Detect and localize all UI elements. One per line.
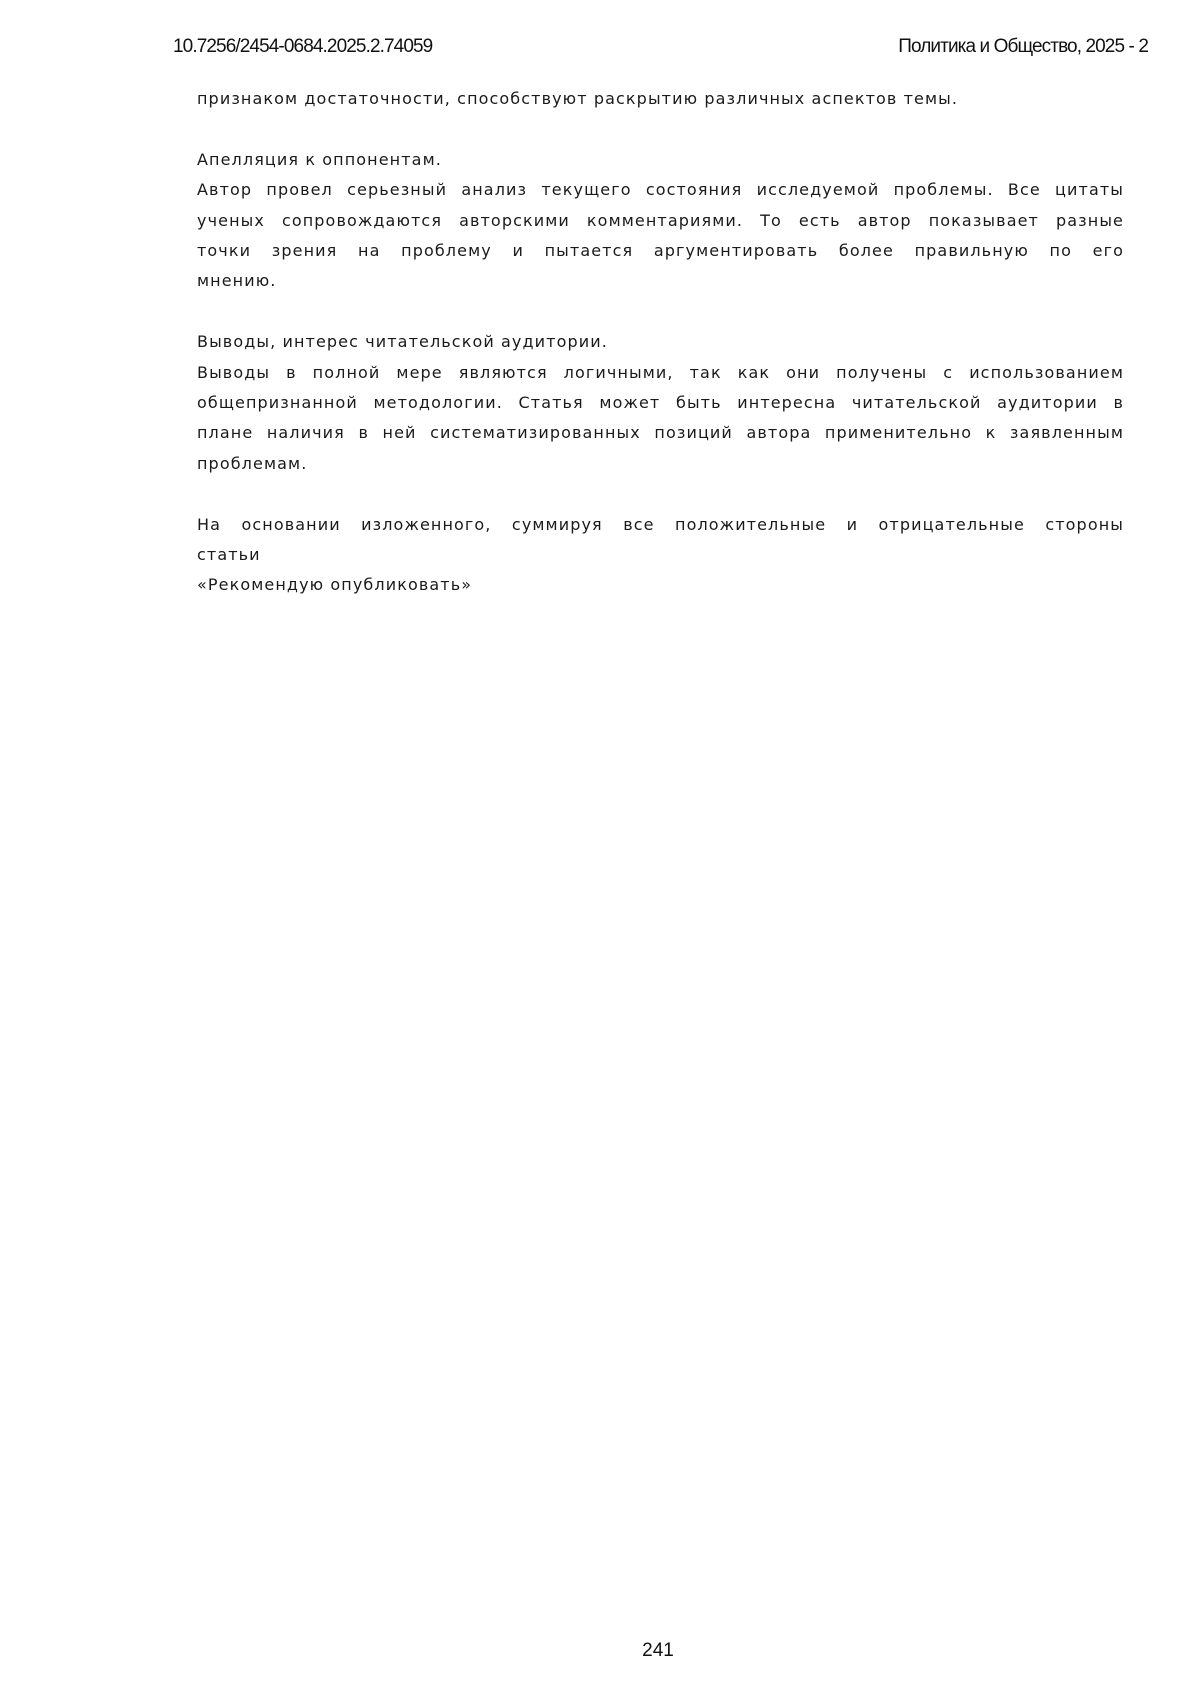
journal-header: Политика и Общество, 2025 - 2 xyxy=(898,36,1148,58)
conclusion-line: статьи xyxy=(197,540,1124,570)
continuation-line: признаком достаточности, способствуют ра… xyxy=(197,84,1124,114)
paragraph-line: общепризнанной методологии. Статья может… xyxy=(197,388,1124,418)
paragraph-line: ученых сопровождаются авторскими коммент… xyxy=(197,206,1124,236)
recommendation: «Рекомендую опубликовать» xyxy=(197,570,1124,600)
paragraph-gap xyxy=(197,479,1124,509)
paragraph-line: Выводы в полной мере являются логичными,… xyxy=(197,358,1124,388)
section-heading-conclusions: Выводы, интерес читательской аудитории. xyxy=(197,327,1124,357)
review-body: признаком достаточности, способствуют ра… xyxy=(197,84,1124,601)
doi-header: 10.7256/2454-0684.2025.2.74059 xyxy=(173,36,432,58)
paragraph-line: мнению. xyxy=(197,266,1124,296)
page-number: 241 xyxy=(0,1640,1200,1662)
conclusion-line: На основании изложенного, суммируя все п… xyxy=(197,510,1124,540)
paragraph-line: плане наличия в ней систематизированных … xyxy=(197,418,1124,448)
paragraph-line: Автор провел серьезный анализ текущего с… xyxy=(197,175,1124,205)
paragraph-gap xyxy=(197,297,1124,327)
paragraph-gap xyxy=(197,114,1124,144)
section-heading-opponents: Апелляция к оппонентам. xyxy=(197,145,1124,175)
paragraph-line: проблемам. xyxy=(197,449,1124,479)
paragraph-line: точки зрения на проблему и пытается аргу… xyxy=(197,236,1124,266)
